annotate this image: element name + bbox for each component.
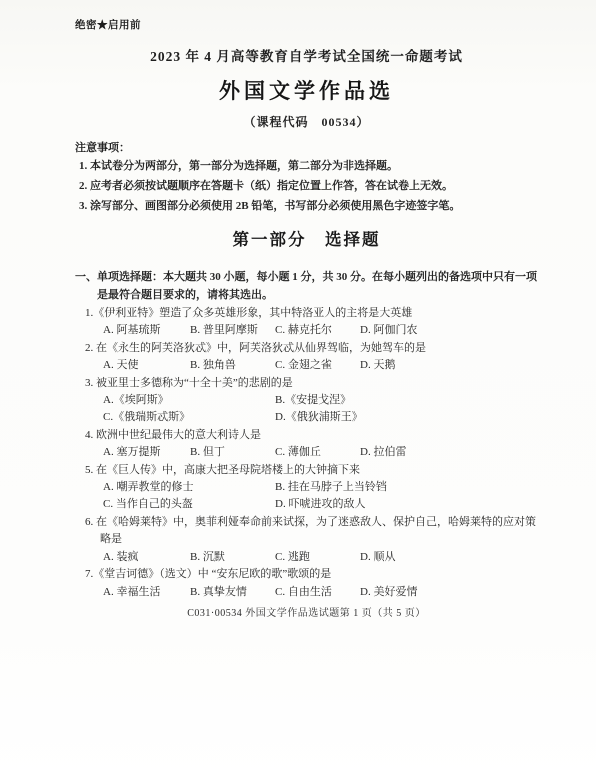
- option-a: A.《埃阿斯》: [103, 392, 275, 409]
- part1-heading: 第一部分 选择题: [75, 229, 538, 251]
- option-d: D. 顺从: [360, 549, 538, 566]
- page-title: 外国文学作品选: [75, 77, 538, 105]
- option-b: B. 沉默: [190, 549, 275, 566]
- course-code-line: （课程代码 00534）: [75, 114, 538, 130]
- question-stem: 1.《伊利亚特》塑造了众多英雄形象，其中特洛亚人的主将是大英雄: [75, 305, 538, 322]
- exam-session-line: 2023 年 4 月高等教育自学考试全国统一命题考试: [75, 0, 538, 66]
- question-stem: 2. 在《永生的阿芙洛狄忒》中，阿芙洛狄忒从仙界驾临，为她驾车的是: [75, 340, 538, 357]
- option-d: D.《俄狄浦斯王》: [275, 409, 538, 426]
- option-b: B. 真挚友情: [190, 584, 275, 601]
- option-d: D. 天鹅: [360, 357, 538, 374]
- option-c: C. 逃跑: [275, 549, 360, 566]
- notice-item: 1. 本试卷分为两部分，第一部分为选择题，第二部分为非选择题。: [75, 156, 538, 176]
- notice-item: 3. 涂写部分、画图部分必须使用 2B 铅笔，书写部分必须使用黑色字迹签字笔。: [75, 196, 538, 216]
- notice-item: 2. 应考者必须按试题顺序在答题卡（纸）指定位置上作答，答在试卷上无效。: [75, 176, 538, 196]
- option-d: D. 吓唬进攻的敌人: [275, 496, 538, 513]
- option-b: B. 挂在马脖子上当铃铛: [275, 479, 538, 496]
- option-a: A. 幸福生活: [103, 584, 190, 601]
- option-a: A. 阿基琉斯: [103, 322, 190, 339]
- option-a: A. 嘲弄教堂的修士: [103, 479, 275, 496]
- exam-header: 2023 年 4 月高等教育自学考试全国统一命题考试 外国文学作品选 （课程代码…: [75, 0, 538, 130]
- option-d: D. 拉伯雷: [360, 444, 538, 461]
- question-7: 7.《堂吉诃德》（选文）中 “安东尼欧的歌”歌颂的是 A. 幸福生活 B. 真挚…: [75, 566, 538, 601]
- question-4: 4. 欧洲中世纪最伟大的意大利诗人是 A. 塞万提斯 B. 但丁 C. 薄伽丘 …: [75, 427, 538, 462]
- option-grid: A.《埃阿斯》 B.《安提戈涅》 C.《俄瑞斯忒斯》 D.《俄狄浦斯王》: [103, 392, 538, 427]
- section-intro: 一、单项选择题：本大题共 30 小题，每小题 1 分，共 30 分。在每小题列出…: [75, 268, 538, 304]
- option-d: D. 美好爱情: [360, 584, 538, 601]
- option-row: A. 塞万提斯 B. 但丁 C. 薄伽丘 D. 拉伯雷: [103, 444, 538, 461]
- option-b: B.《安提戈涅》: [275, 392, 538, 409]
- option-row: A. 天使 B. 独角兽 C. 金翅之雀 D. 天鹅: [103, 357, 538, 374]
- option-c: C. 金翅之雀: [275, 357, 360, 374]
- notice-section: 注意事项： 1. 本试卷分为两部分，第一部分为选择题，第二部分为非选择题。 2.…: [75, 140, 538, 216]
- option-a: A. 天使: [103, 357, 190, 374]
- notice-heading: 注意事项：: [75, 140, 538, 156]
- question-list: 1.《伊利亚特》塑造了众多英雄形象，其中特洛亚人的主将是大英雄 A. 阿基琉斯 …: [75, 305, 538, 601]
- question-stem: 4. 欧洲中世纪最伟大的意大利诗人是: [75, 427, 538, 444]
- classification-label: 绝密★启用前: [75, 17, 141, 32]
- question-stem: 5. 在《巨人传》中，高康大把圣母院塔楼上的大钟摘下来: [75, 462, 538, 479]
- question-3: 3. 被亚里士多德称为“十全十美”的悲剧的是 A.《埃阿斯》 B.《安提戈涅》 …: [75, 375, 538, 427]
- option-b: B. 但丁: [190, 444, 275, 461]
- page-footer: C031·00534 外国文学作品选试题第 1 页（共 5 页）: [75, 604, 538, 619]
- option-c: C. 当作自己的头盔: [103, 496, 275, 513]
- option-d: D. 阿伽门农: [360, 322, 538, 339]
- question-stem: 7.《堂吉诃德》（选文）中 “安东尼欧的歌”歌颂的是: [75, 566, 538, 583]
- question-stem: 6. 在《哈姆莱特》中，奥菲利娅奉命前来试探，为了迷惑敌人、保护自己，哈姆莱特的…: [75, 514, 538, 549]
- question-2: 2. 在《永生的阿芙洛狄忒》中，阿芙洛狄忒从仙界驾临，为她驾车的是 A. 天使 …: [75, 340, 538, 375]
- option-b: B. 独角兽: [190, 357, 275, 374]
- exam-paper-page: 绝密★启用前 2023 年 4 月高等教育自学考试全国统一命题考试 外国文学作品…: [0, 0, 596, 782]
- option-b: B. 普里阿摩斯: [190, 322, 275, 339]
- question-5: 5. 在《巨人传》中，高康大把圣母院塔楼上的大钟摘下来 A. 嘲弄教堂的修士 B…: [75, 462, 538, 514]
- option-row: A. 阿基琉斯 B. 普里阿摩斯 C. 赫克托尔 D. 阿伽门农: [103, 322, 538, 339]
- option-c: C. 自由生活: [275, 584, 360, 601]
- option-c: C. 薄伽丘: [275, 444, 360, 461]
- option-grid: A. 嘲弄教堂的修士 B. 挂在马脖子上当铃铛 C. 当作自己的头盔 D. 吓唬…: [103, 479, 538, 514]
- option-a: A. 装疯: [103, 549, 190, 566]
- question-6: 6. 在《哈姆莱特》中，奥菲利娅奉命前来试探，为了迷惑敌人、保护自己，哈姆莱特的…: [75, 514, 538, 566]
- option-c: C.《俄瑞斯忒斯》: [103, 409, 275, 426]
- option-c: C. 赫克托尔: [275, 322, 360, 339]
- option-row: A. 幸福生活 B. 真挚友情 C. 自由生活 D. 美好爱情: [103, 584, 538, 601]
- question-1: 1.《伊利亚特》塑造了众多英雄形象，其中特洛亚人的主将是大英雄 A. 阿基琉斯 …: [75, 305, 538, 340]
- option-a: A. 塞万提斯: [103, 444, 190, 461]
- question-stem: 3. 被亚里士多德称为“十全十美”的悲剧的是: [75, 375, 538, 392]
- page-content: 2023 年 4 月高等教育自学考试全国统一命题考试 外国文学作品选 （课程代码…: [75, 0, 538, 619]
- option-row: A. 装疯 B. 沉默 C. 逃跑 D. 顺从: [103, 549, 538, 566]
